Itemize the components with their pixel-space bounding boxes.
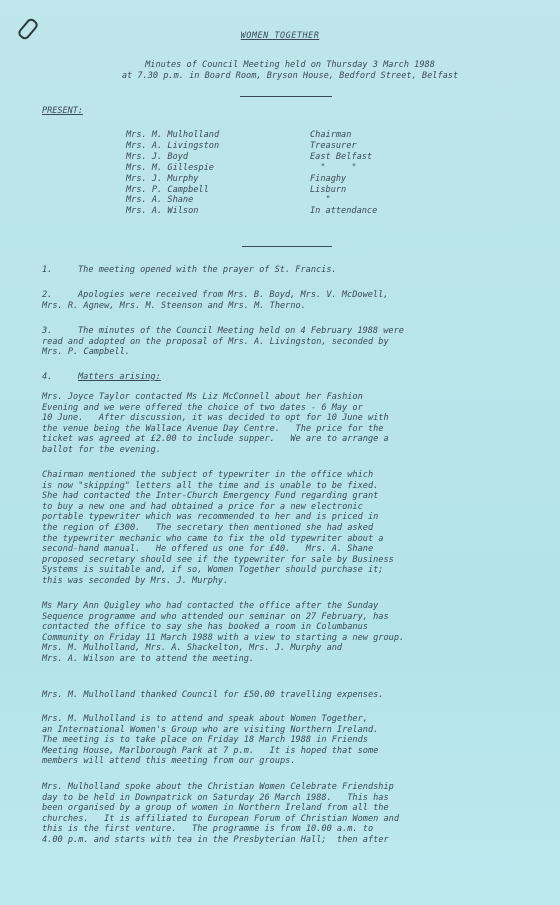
attendee-role: " — [310, 195, 331, 206]
attendee-row: Mrs. M. Gillespie " " — [126, 163, 377, 174]
present-label: PRESENT: — [42, 106, 83, 116]
paragraph-new-group: Ms Mary Ann Quigley who had contacted th… — [42, 601, 542, 665]
item-number: 2. — [42, 290, 78, 301]
divider — [240, 96, 332, 97]
item-text: The minutes of the Council Meeting held … — [42, 326, 404, 357]
item-text: The meeting opened with the prayer of St… — [78, 265, 337, 275]
item-number: 3. — [42, 326, 78, 337]
attendee-row: Mrs. A. WilsonIn attendance — [126, 206, 377, 217]
paragraph-typewriter: Chairman mentioned the subject of typewr… — [42, 470, 542, 587]
document-subtitle: Minutes of Council Meeting held on Thurs… — [60, 60, 520, 81]
divider — [242, 246, 332, 247]
attendee-role: Treasurer — [310, 141, 357, 152]
attendee-name: Mrs. A. Livingston — [126, 141, 310, 152]
document-page: WOMEN TOGETHER Minutes of Council Meetin… — [0, 0, 560, 905]
attendee-role: Lisburn — [310, 185, 346, 196]
item-text: Apologies were received from Mrs. B. Boy… — [42, 290, 388, 311]
minute-item-2: 2.Apologies were received from Mrs. B. B… — [42, 290, 542, 311]
attendee-role: Finaghy — [310, 174, 346, 185]
attendee-name: Mrs. M. Gillespie — [126, 163, 310, 174]
paragraph-friendship-day: Mrs. Mulholland spoke about the Christia… — [42, 782, 542, 846]
item-heading: Matters arising: — [78, 372, 161, 382]
attendee-role: " " — [310, 163, 357, 174]
attendee-role: In attendance — [310, 206, 377, 217]
attendee-name: Mrs. J. Boyd — [126, 152, 310, 163]
item-number: 4. — [42, 372, 78, 383]
attendee-row: Mrs. P. CampbellLisburn — [126, 185, 377, 196]
attendee-row: Mrs. A. Shane " — [126, 195, 377, 206]
attendee-name: Mrs. A. Wilson — [126, 206, 310, 217]
paragraph-international-group: Mrs. M. Mulholland is to attend and spea… — [42, 714, 542, 767]
attendee-row: Mrs. J. BoydEast Belfast — [126, 152, 377, 163]
attendee-list: Mrs. M. MulhollandChairman Mrs. A. Livin… — [126, 130, 377, 217]
attendee-row: Mrs. M. MulhollandChairman — [126, 130, 377, 141]
subtitle-line-1: Minutes of Council Meeting held on Thurs… — [60, 60, 520, 71]
attendee-name: Mrs. J. Murphy — [126, 174, 310, 185]
subtitle-line-2: at 7.30 p.m. in Board Room, Bryson House… — [60, 71, 520, 82]
minute-item-4: 4.Matters arising: — [42, 372, 542, 383]
attendee-row: Mrs. A. LivingstonTreasurer — [126, 141, 377, 152]
attendee-row: Mrs. J. MurphyFinaghy — [126, 174, 377, 185]
attendee-role: Chairman — [310, 130, 351, 141]
minute-item-3: 3.The minutes of the Council Meeting hel… — [42, 326, 542, 358]
paragraph-fashion-evening: Mrs. Joyce Taylor contacted Ms Liz McCon… — [42, 392, 542, 456]
item-number: 1. — [42, 265, 78, 276]
attendee-name: Mrs. M. Mulholland — [126, 130, 310, 141]
minute-item-1: 1.The meeting opened with the prayer of … — [42, 265, 542, 276]
attendee-role: East Belfast — [310, 152, 372, 163]
attendee-name: Mrs. A. Shane — [126, 195, 310, 206]
document-title: WOMEN TOGETHER — [0, 31, 560, 41]
paragraph-expenses: Mrs. M. Mulholland thanked Council for £… — [42, 690, 542, 701]
attendee-name: Mrs. P. Campbell — [126, 185, 310, 196]
